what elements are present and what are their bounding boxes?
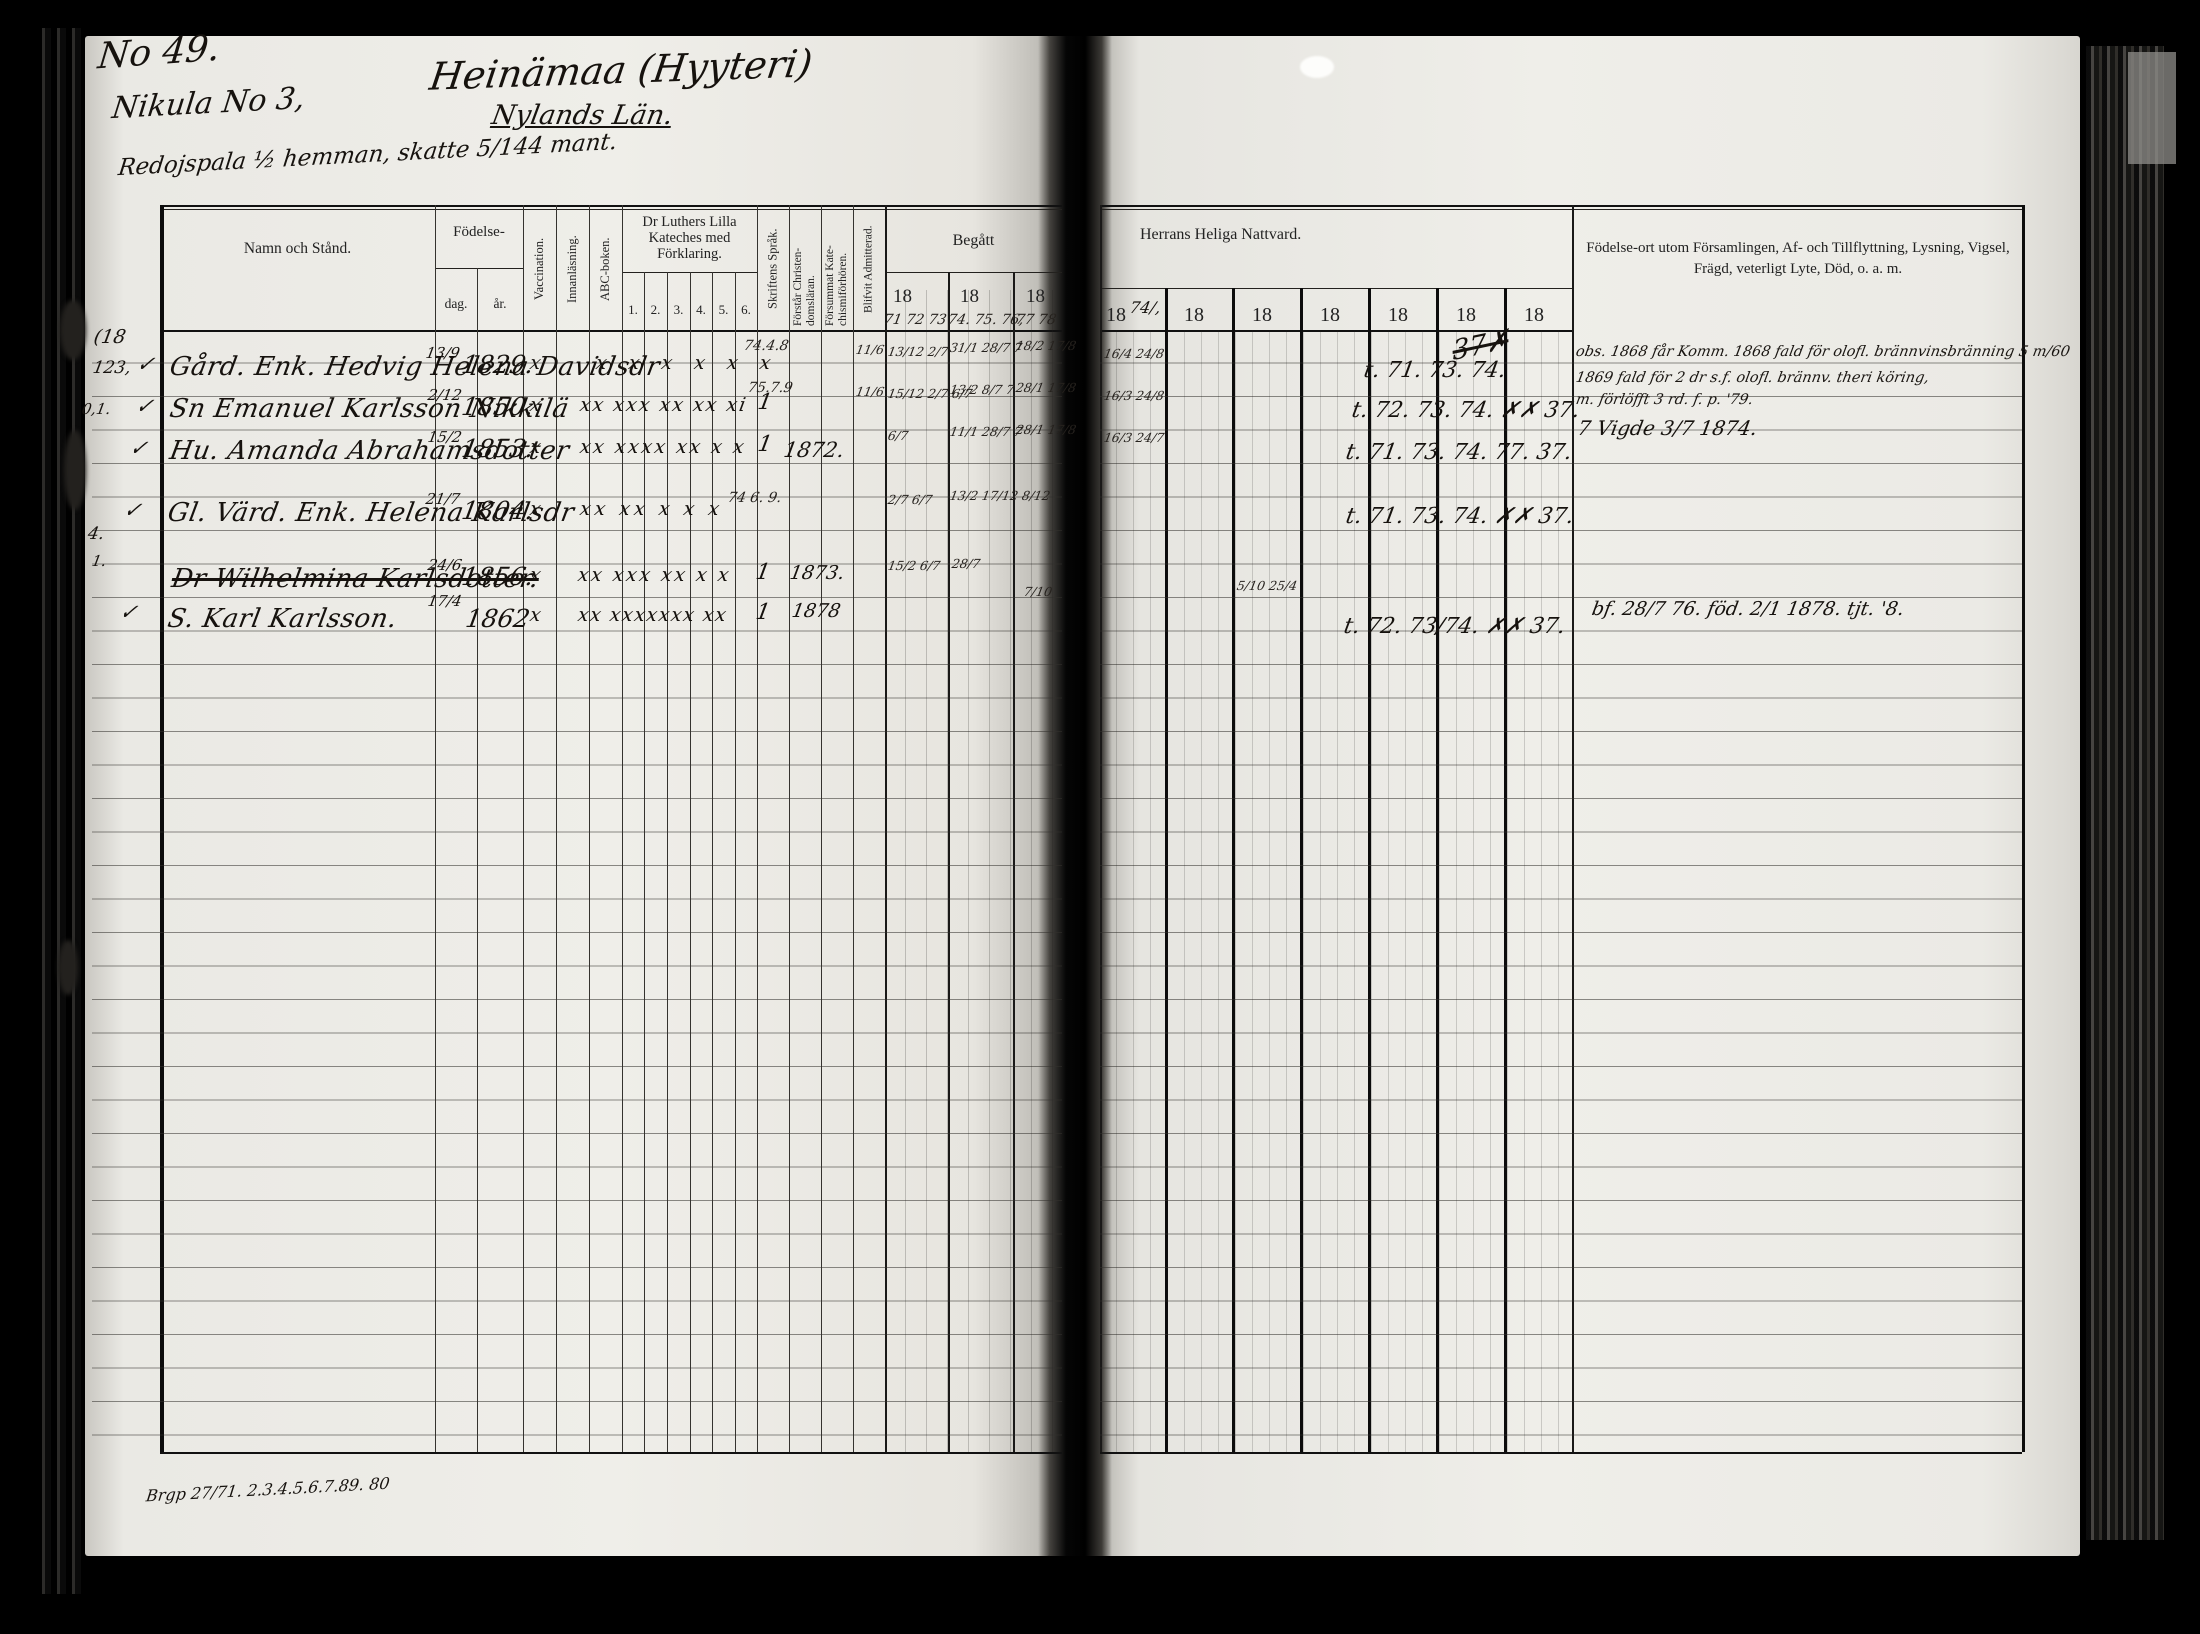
nattvard-year-3: 18 — [1252, 304, 1272, 327]
nattvard-year-4: 18 — [1320, 304, 1340, 327]
begatt-year-2: 18 — [960, 286, 979, 308]
admit-mark: 11/6 — [855, 342, 886, 357]
begatt-mark: 28/1 17/8 — [1015, 422, 1078, 437]
row-note: 1869 fald för 2 dr s.f. olofl. brännv. t… — [1575, 370, 1931, 386]
right-page-edges — [2086, 46, 2164, 1540]
forstar-mark: 1878 — [790, 600, 842, 622]
margin-check: ✓ — [122, 498, 144, 522]
forstar-mark: 75.7.9 — [747, 380, 794, 396]
begatt-mark: 6/7 — [887, 428, 910, 443]
kateches-marks: xx xxxx xx x x — [578, 436, 748, 458]
column-header-forstar: Förstår Christen­domsläran. — [789, 212, 821, 326]
kateches-col-3: 3. — [667, 302, 690, 318]
column-header-vaccination: Vaccination. — [523, 212, 556, 326]
birth-year: 1804. — [459, 496, 536, 525]
column-header-nattvard: Herrans Heliga Nattvard. — [1140, 226, 1301, 244]
ink-smudge — [58, 940, 78, 995]
ink-smudge — [64, 430, 86, 510]
row-note: 7 Vigde 3/7 1874. — [1576, 416, 1759, 440]
birth-day: 2/12 — [426, 386, 463, 404]
begatt-mark: 13/2 17/12 8/12 — [949, 488, 1052, 503]
column-header-notes: Födelse-ort utom Församlingen, Af- och T… — [1578, 238, 2018, 280]
nattvard-year-1: 18 — [1106, 304, 1126, 327]
begatt-mark: 13/2 8/7 7 — [949, 382, 1016, 397]
fine-grid-left — [885, 290, 1062, 1452]
nattvard-year-5: 18 — [1388, 304, 1408, 327]
birth-day: 21/7 — [424, 490, 461, 508]
kateches-marks: xx xx x x x — [578, 498, 725, 520]
column-header-namn: Namn och Stånd. — [160, 240, 435, 258]
margin-note: 123, — [91, 358, 132, 378]
margin-note: 0,1. — [80, 400, 112, 418]
nattvard-entry: t. 72. 73/74. ✗✗ 37. — [1342, 614, 1567, 639]
birth-day: 24/6 — [426, 556, 463, 574]
begatt-year-1: 18 — [893, 286, 912, 308]
nattvard-entry: t. 72. 73. 74. ✗✗ 37. — [1350, 398, 1582, 423]
kateches-col-2: 2. — [644, 302, 667, 318]
nattvard-mark: 5/10 25/4 — [1236, 578, 1299, 593]
begatt-year-3-hw: 77 78 — [1015, 312, 1058, 328]
nattvard-entry: t. 71. 73. 74. 77. 37. — [1344, 440, 1574, 465]
left-page-edges — [36, 28, 85, 1594]
kateches-col-5: 5. — [712, 302, 735, 318]
margin-check: ✓ — [134, 394, 156, 418]
nattvard-mark: 16/3 24/8 — [1103, 388, 1166, 403]
nattvard-entry: t. 71. 73. 74. ✗✗ 37. — [1344, 504, 1576, 529]
county-subtitle: Nylands Län. — [489, 100, 675, 131]
nattvard-year-2: 18 — [1184, 304, 1204, 327]
kateches-marks: xx xxxxxxx xx — [576, 604, 729, 626]
birth-year: 1856. — [459, 562, 536, 591]
forstar-mark: 74 6. 9. — [727, 490, 783, 506]
fine-grid-right — [1100, 330, 1572, 1452]
kateches-col-6: 6. — [735, 302, 757, 318]
birth-year: 1853. — [459, 434, 536, 463]
column-header-ar: år. — [477, 296, 523, 312]
nattvard-year-6: 18 — [1456, 304, 1476, 327]
column-header-blifvit: Blifvit Admit­terad. — [853, 212, 885, 326]
page-number: No 49. — [96, 28, 222, 78]
kateches-col-4: 4. — [690, 302, 712, 318]
row-entry-name: Gård. Enk. Hedvig Helena Davidsdr — [167, 352, 662, 382]
birth-year: 1850. — [459, 392, 536, 421]
kateches-marks: xx xxx xx xx xi — [578, 394, 749, 416]
kateches-marks: xx xxx xx x x — [576, 564, 733, 586]
column-header-dag: dag. — [435, 296, 477, 312]
begatt-mark: 11/1 28/7 7 — [949, 424, 1024, 439]
column-header-kateches: Dr Luthers Lilla Kateches med Förklaring… — [624, 214, 755, 262]
row-entry-name: S. Karl Karlsson. — [165, 604, 399, 634]
row-note: m. förlöfft 3 rd. f. p. '79. — [1575, 392, 1755, 408]
column-header-fodelse: Födelse- — [435, 224, 523, 241]
birth-year: 1862 — [463, 604, 532, 633]
nattvard-entry: t. 71. 73. 74. — [1362, 358, 1508, 383]
birth-day: 13/9 — [424, 344, 461, 362]
begatt-year-2-hw: 74. 75. 76, — [947, 312, 1026, 328]
nattvard-mark: 16/4 24/8 — [1103, 346, 1166, 361]
begatt-year-1-hw: 71 72 73 — [883, 312, 948, 328]
column-header-forsummat: Försummat Kate­chismiförhören. — [821, 212, 853, 326]
margin-check: ✓ — [135, 352, 157, 376]
birth-day: 17/4 — [426, 592, 463, 610]
column-header-sprak: Skriftens Språk. — [757, 212, 789, 326]
begatt-year-3: 18 — [1026, 286, 1045, 308]
begatt-mark: 31/1 28/7 7 — [949, 340, 1024, 355]
birth-year: 1829. — [459, 350, 536, 379]
birth-day: 15/2 — [426, 428, 463, 446]
begatt-mark: 13/12 2/7 — [887, 344, 950, 359]
cover-corner — [2128, 52, 2176, 164]
nattvard-year-1-hw: 74/, — [1128, 298, 1162, 317]
forstar-mark: 1872. — [782, 438, 846, 462]
row-note: obs. 1868 får Komm. 1868 fald för olofl.… — [1575, 344, 2072, 360]
nattvard-year-7: 18 — [1524, 304, 1544, 327]
column-header-abc-boken: ABC-boken. — [589, 212, 622, 326]
margin-note: (18 — [92, 326, 127, 348]
forstar-mark: 74.4.8 — [743, 338, 790, 354]
kateches-marks: x x x x x x — [594, 352, 780, 374]
book-scan: No 49. Nikula No 3, Redojspala ½ hemman,… — [0, 0, 2200, 1634]
forstar-mark: 1873. — [788, 562, 846, 584]
begatt-mark: 7/10 — [1023, 584, 1054, 599]
begatt-mark: 28/7 — [951, 556, 982, 571]
begatt-mark: 18/2 17/8 — [1015, 338, 1078, 353]
column-header-innanlasning: Innanläsning. — [556, 212, 589, 326]
kateches-col-1: 1. — [622, 302, 644, 318]
admit-mark: 11/6 — [855, 384, 886, 399]
row-note: bf. 28/7 76. föd. 2/1 1878. tjt. '8. — [1590, 598, 1906, 620]
paper-speck — [1300, 56, 1334, 78]
margin-check: ✓ — [128, 436, 150, 460]
begatt-mark: 15/2 6/7 — [887, 558, 942, 573]
begatt-mark: 2/7 6/7 — [887, 492, 934, 507]
margin-check: ✓ — [118, 600, 140, 624]
nattvard-mark: 16/3 24/7 — [1103, 430, 1166, 445]
begatt-mark: 28/1 17/8 — [1015, 380, 1078, 395]
column-header-begatt: Begått — [885, 232, 1062, 250]
ink-smudge — [60, 300, 86, 360]
